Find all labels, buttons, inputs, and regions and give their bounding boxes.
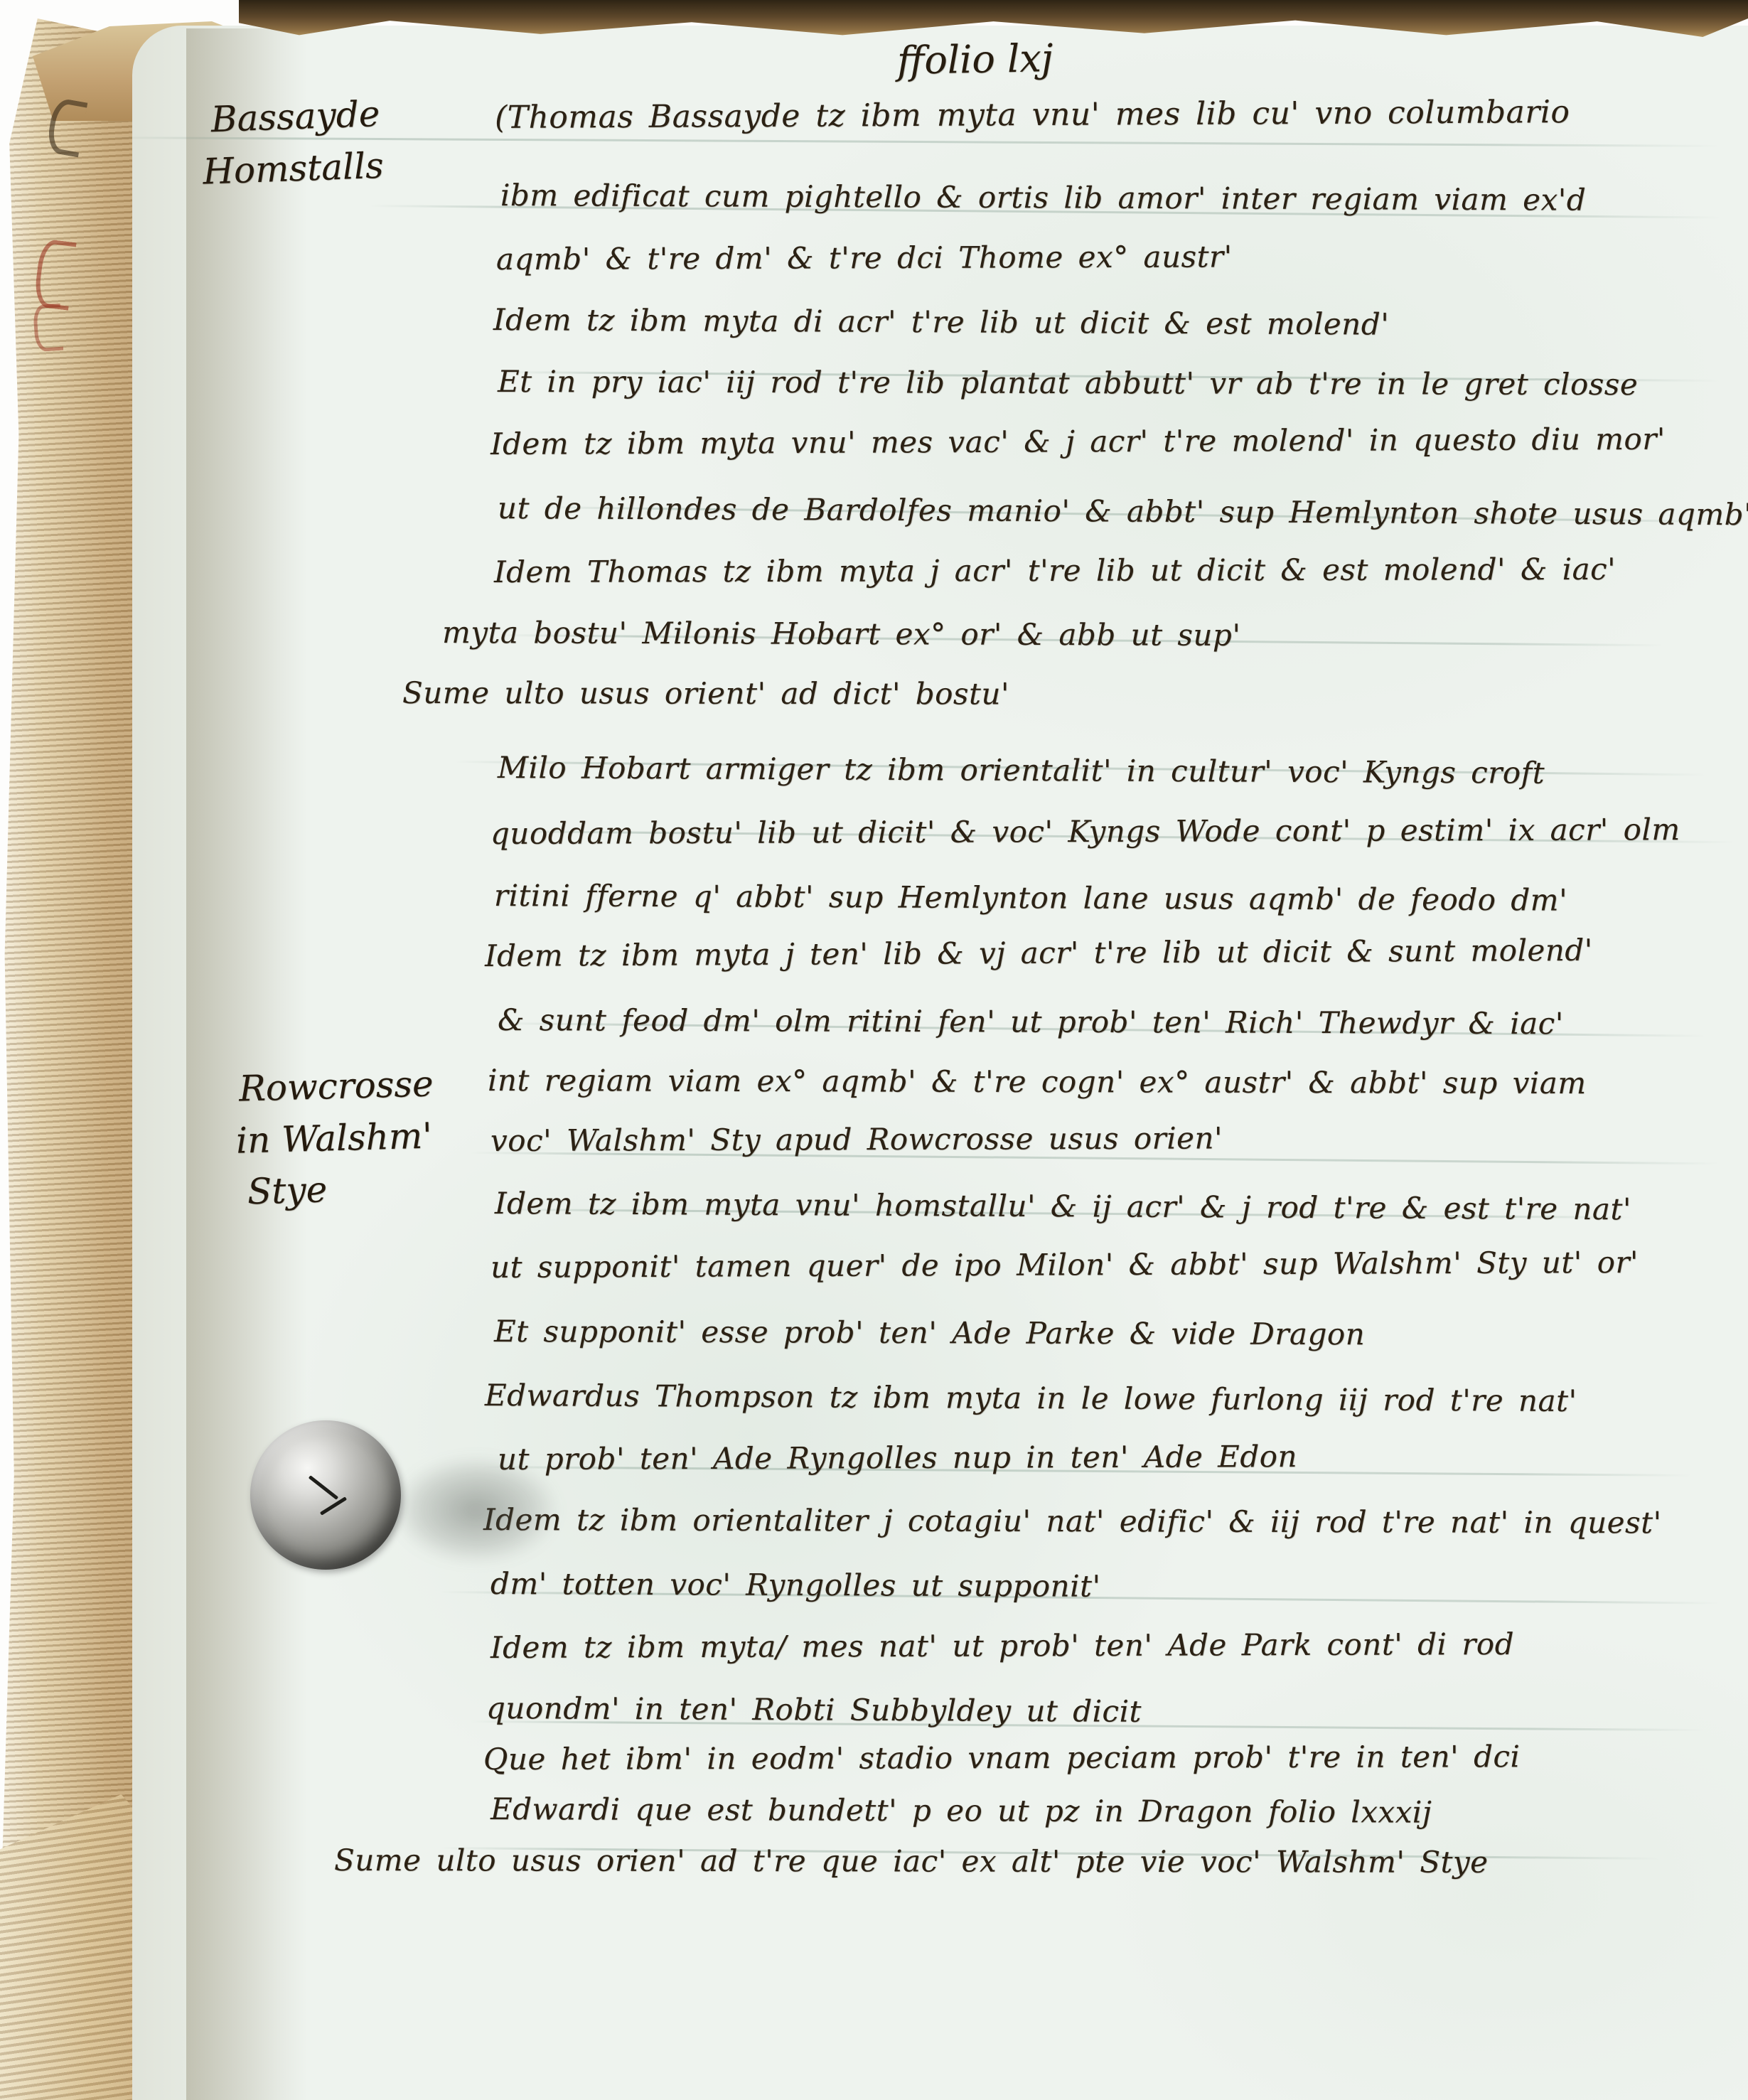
manuscript-line: aqmb' & t're dm' & t're dci Thome ex° au… — [496, 239, 1233, 277]
manuscript-line: Edwardus Thompson tz ibm myta in le lowe… — [485, 1378, 1577, 1418]
manuscript-line: Edwardi que est bundett' p eo ut pz in D… — [490, 1791, 1432, 1830]
manuscript-line: (Thomas Bassayde tz ibm myta vnu' mes li… — [495, 94, 1570, 136]
manuscript-line: Et in pry iac' iij rod t're lib plantat … — [498, 364, 1638, 402]
manuscript-line: Et supponit' esse prob' ten' Ade Parke &… — [494, 1314, 1365, 1351]
folio-number: ffolio lxj — [896, 36, 1053, 83]
manuscript-line: Idem tz ibm myta j ten' lib & vj acr' t'… — [485, 933, 1593, 973]
edge-mark — [33, 304, 64, 353]
margin-note-line: Rowcrosse — [238, 1058, 434, 1115]
margin-note-rowcrosse: Rowcrosse in Walshm' Stye — [238, 1058, 436, 1218]
margin-note-line: Bassayde — [210, 88, 383, 146]
manuscript-line: Idem tz ibm myta di acr' t're lib ut dic… — [493, 302, 1389, 342]
manuscript-line: quoddam bostu' lib ut dicit' & voc' Kyng… — [490, 812, 1680, 851]
manuscript-line: Que het ibm' in eodm' stadio vnam peciam… — [483, 1739, 1520, 1777]
page-weight — [250, 1420, 401, 1570]
manuscript-line: Idem tz ibm orientaliter j cotagiu' nat'… — [483, 1502, 1662, 1540]
manuscript-line: ut de hillondes de Bardolfes manio' & ab… — [498, 491, 1748, 532]
manuscript-line: ritini fferne q' abbt' sup Hemlynton lan… — [494, 878, 1567, 918]
manuscript-line: Idem tz ibm myta vnu' mes vac' & j acr' … — [490, 422, 1666, 461]
margin-note-line: Homstalls — [202, 139, 385, 197]
manuscript-line: Idem tz ibm myta vnu' homstallu' & ij ac… — [495, 1186, 1631, 1226]
manuscript-line: myta bostu' Milonis Hobart ex° or' & abb… — [442, 615, 1241, 653]
manuscript-line: int regiam viam ex° aqmb' & t're cogn' e… — [488, 1063, 1587, 1100]
manuscript-line: Idem tz ibm myta/ mes nat' ut prob' ten'… — [490, 1627, 1514, 1665]
manuscript-line: dm' totten voc' Ryngolles ut supponit' — [490, 1566, 1101, 1604]
manuscript-line: Sume ulto usus orient' ad dict' bostu' — [402, 675, 1009, 711]
manuscript-line: ut prob' ten' Ade Ryngolles nup in ten' … — [498, 1439, 1297, 1477]
manuscript-line: quondm' in ten' Robti Subbyldey ut dicit — [486, 1691, 1142, 1729]
manuscript-line: Sume ulto usus orien' ad t're que iac' e… — [334, 1843, 1489, 1880]
manuscript-scan: ffolio lxj Bassayde Homstalls Rowcrosse … — [0, 0, 1748, 2100]
manuscript-line: ibm edificat cum pightello & ortis lib a… — [500, 178, 1586, 218]
margin-note-bassayde-homstalls: Bassayde Homstalls — [210, 88, 385, 197]
margin-note-line: Stye — [247, 1161, 436, 1217]
manuscript-line: Idem Thomas tz ibm myta j acr' t're lib … — [494, 552, 1616, 589]
margin-note-line: in Walshm' — [235, 1110, 435, 1167]
manuscript-line: & sunt feod dm' olm ritini fen' ut prob'… — [498, 1002, 1564, 1041]
page-weight-shadow — [370, 1440, 583, 1580]
manuscript-line: voc' Walshm' Sty apud Rowcrosse usus ori… — [490, 1120, 1223, 1158]
manuscript-line: ut supponit' tamen quer' de ipo Milon' &… — [490, 1245, 1639, 1285]
manuscript-line: Milo Hobart armiger tz ibm orientalit' i… — [498, 750, 1545, 791]
